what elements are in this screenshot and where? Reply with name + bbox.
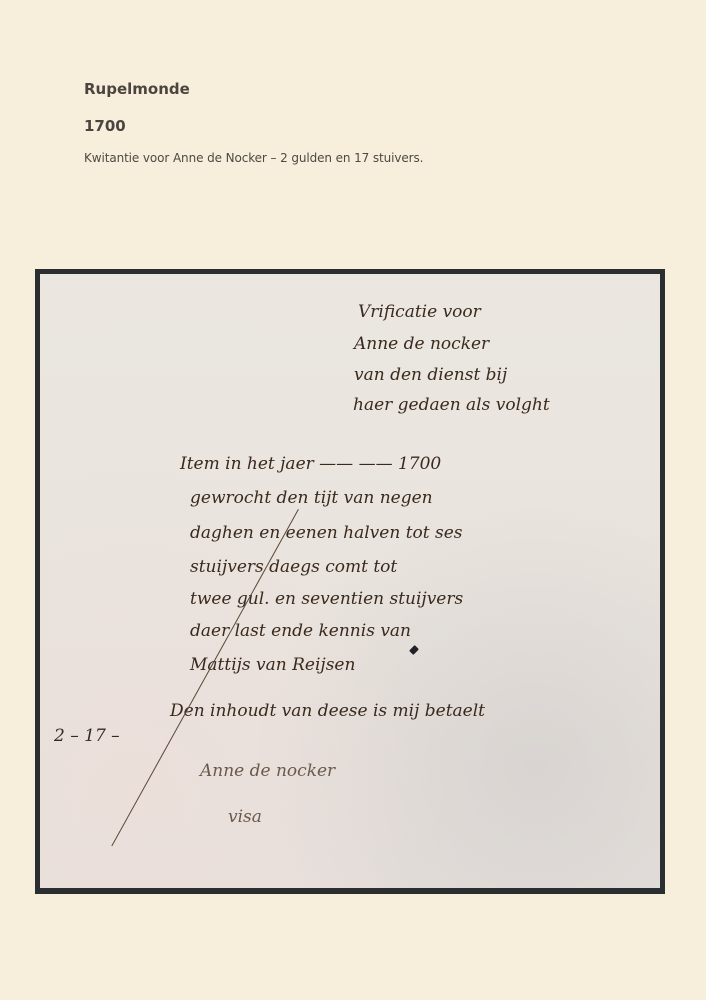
body-line: Item in het jaer —— —— 1700 <box>180 454 441 474</box>
page-title-place: Rupelmonde <box>84 80 190 98</box>
body-line: daghen en eenen halven tot ses <box>190 523 463 543</box>
heading-line: Anne de nocker <box>354 334 489 354</box>
heading-line: van den dienst bij <box>354 365 507 385</box>
receipt-line: Den inhoudt van deese is mij betaelt <box>170 701 485 721</box>
ink-blot <box>409 645 419 655</box>
body-line: twee gul. en seventien stuijvers <box>190 589 463 609</box>
margin-amount: 2 – 17 – <box>54 726 120 746</box>
document-description: Kwitantie voor Anne de Nocker – 2 gulden… <box>84 151 423 165</box>
signature: Anne de nocker <box>200 761 335 781</box>
visa-mark: visa <box>228 807 262 827</box>
heading-line: Vrificatie voor <box>358 302 481 322</box>
document-frame: Vrificatie voor Anne de nocker van den d… <box>35 269 665 894</box>
heading-line: haer gedaen als volght <box>353 395 550 415</box>
manuscript-paper: Vrificatie voor Anne de nocker van den d… <box>40 274 660 888</box>
body-line: stuijvers daegs comt tot <box>190 557 397 577</box>
page-title-year: 1700 <box>84 117 126 135</box>
body-line: daer last ende kennis van <box>190 621 411 641</box>
body-line: gewrocht den tijt van negen <box>190 488 433 508</box>
